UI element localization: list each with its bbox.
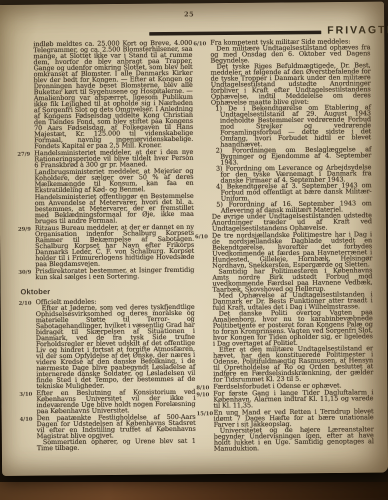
entry-paragraph: Efter at Jøderne, som ved deres tyskfjen… [36,304,196,389]
entry-paragraph: Efter at den militære Undtagelsestilstan… [213,346,373,383]
entry-paragraph: Det tyske Riges Befuldmægtigede, Dr. Bes… [211,63,371,106]
date-marker: 2/10 [19,300,32,306]
entry-paragraph: Den paatænkte Festligholdelse af 500-Aar… [37,414,196,439]
chronicle-entry: 29/9Ritzaus Bureau meddeler, at der er d… [35,224,194,267]
text-columns: indløb meldtes ca. 25.000 Kort og Breve,… [33,39,374,455]
chronicle-entry: 3/10Efter en Beslutning af Konsistorium … [36,389,195,414]
chronicle-entry: 9/10For første Gang i lange Tider Dagluf… [213,390,373,409]
date-marker: 6/10 [193,41,206,47]
chronicle-entry: 2/10Officielt meddeles:Efter at Jøderne,… [36,298,196,389]
entry-paragraph: Ritzaus Bureau meddeler, at der er danne… [35,224,194,267]
date-marker: 27/9 [17,151,30,157]
entry-paragraph: Handelsministeriet offentliggør en Beste… [35,193,194,224]
date-marker: 30/9 [18,269,31,275]
column-left: indløb meldtes ca. 25.000 Kort og Breve,… [33,40,196,454]
entry-paragraph: De øvrige under Undtagelsestilstanden ud… [212,213,372,232]
entry-paragraph: Handelsministeriet meddeler, at der i de… [34,149,193,168]
scanned-page: 25 FRIVAGTEN indløb meldtes ca. 25.000 K… [0,2,388,476]
date-marker: 3/10 [19,391,32,397]
chronicle-entry: Landbrugsministeriet meddeler, at Mejeri… [34,168,193,193]
chronicle-entry: 15/10En ung Mand er ved Retten i Terndru… [214,409,374,452]
entry-paragraph: Prisdirektoratet bestemmer, at Isinger f… [35,267,194,280]
entry-paragraph: 1) De i Bekendtgørelse om Etablering af … [211,105,371,148]
entry-paragraph: De tre nordsjællandske Politimestre har … [212,232,372,269]
date-marker: 4/10 [20,416,33,422]
masthead: FRIVAGTEN [327,24,388,37]
table-surface [0,482,388,500]
entry-paragraph: Det danske Politi overtog Vagten paa Ama… [213,310,373,347]
header-rule [149,31,321,36]
chronicle-entry: Handelsministeriet offentliggør en Beste… [35,193,194,224]
entry-paragraph: Sommertiden ophører, og Urene blev sat 1… [37,438,196,451]
date-marker: 6/10 [195,234,208,240]
chronicle-entry: 30/9Prisdirektoratet bestemmer, at Ising… [35,267,194,280]
page-number: 25 [184,11,194,19]
column-right: 6/10Fra kompetent tysk militær Side medd… [210,39,374,453]
date-marker: 29/9 [18,226,31,232]
chronicle-entry: 4/10Den paatænkte Festligholdelse af 500… [37,414,196,451]
chronicle-entry: 6/10Fra kompetent tysk militær Side medd… [210,39,372,232]
chronicle-entry: 6/10De tre nordsjællandske Politimestre … [212,232,373,383]
chronicle-entry: 27/9Handelsministeriet meddeler, at der … [34,149,193,168]
entry-paragraph: Efter en Beslutning af Konsistorium ved … [36,389,195,414]
photo-background: 25 FRIVAGTEN indløb meldtes ca. 25.000 K… [0,0,388,500]
entry-paragraph: Samtidig har Politimesteren i Københavns… [212,268,372,293]
entry-paragraph: Landbrugsministeriet meddeler, at Mejeri… [34,168,193,193]
chronicle-entry: indløb meldtes ca. 25.000 Kort og Breve,… [33,40,193,149]
entry-paragraph: Universitetet og de højere Læreanstalter… [214,427,374,452]
page-content: 25 FRIVAGTEN indløb meldtes ca. 25.000 K… [0,2,388,476]
date-marker: 15/10 [197,411,214,417]
entry-paragraph: indløb meldtes ca. 25.000 Kort og Breve,… [33,40,193,149]
date-marker: 8/10 [196,385,209,391]
entry-paragraph: For første Gang i lange Tider Dagluftala… [213,390,373,409]
month-heading: Oktober [20,286,194,296]
date-marker: 9/10 [196,392,209,398]
